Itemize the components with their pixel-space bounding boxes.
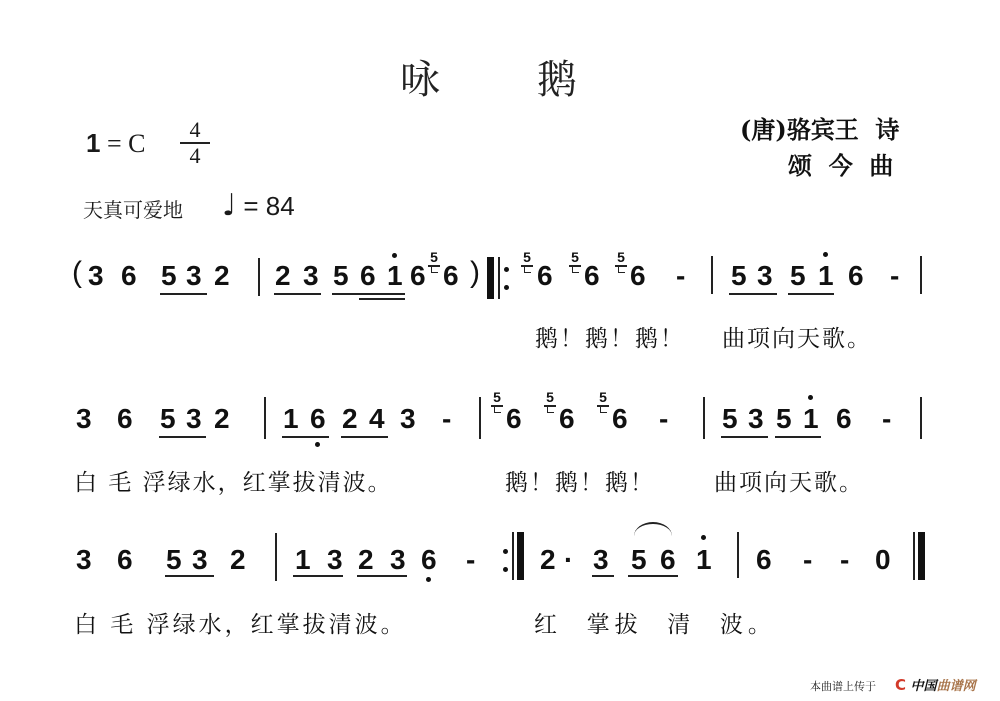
note: 2 bbox=[342, 405, 358, 433]
grace-hook bbox=[494, 406, 501, 413]
grace-note: 5 bbox=[520, 250, 534, 264]
underline bbox=[165, 575, 214, 577]
note: 6 bbox=[836, 405, 852, 433]
tempo-value: = 84 bbox=[243, 191, 294, 221]
barline bbox=[275, 533, 277, 581]
time-signature: 4 4 bbox=[180, 120, 210, 166]
dash: - bbox=[882, 405, 891, 433]
note: 3 bbox=[76, 546, 92, 574]
note: 5 bbox=[631, 546, 647, 574]
grace-hook bbox=[431, 266, 438, 273]
note: 6 bbox=[584, 262, 600, 290]
underline bbox=[357, 575, 407, 577]
note: 5 bbox=[161, 262, 177, 290]
grace-note: 5 bbox=[568, 250, 582, 264]
note: 3 bbox=[76, 405, 92, 433]
note: 6 bbox=[848, 262, 864, 290]
grace-hook bbox=[572, 266, 579, 273]
lyric: 鹅！鹅！鹅！ bbox=[535, 320, 685, 353]
dash: - bbox=[676, 262, 685, 290]
underline bbox=[332, 293, 405, 295]
underline bbox=[775, 436, 821, 438]
note: 5 bbox=[790, 262, 806, 290]
slur bbox=[634, 522, 672, 536]
underline-double bbox=[359, 298, 405, 300]
dash: - bbox=[442, 405, 451, 433]
note: 6 bbox=[410, 262, 426, 290]
logo-mark-icon: C bbox=[895, 676, 906, 694]
title-char-1: 咏 bbox=[400, 48, 440, 105]
barline bbox=[711, 256, 713, 294]
grace-hook bbox=[600, 406, 607, 413]
repeat-start-thick-bar bbox=[487, 257, 494, 299]
underline bbox=[721, 436, 768, 438]
note: 3 bbox=[192, 546, 208, 574]
repeat-end-thin-bar bbox=[512, 532, 514, 580]
note: 5 bbox=[731, 262, 747, 290]
note: 6 bbox=[756, 546, 772, 574]
note: 2 bbox=[230, 546, 246, 574]
lyricist-credit: (唐)骆宾王 诗 bbox=[740, 110, 899, 145]
open-paren: ( bbox=[72, 258, 82, 288]
barline bbox=[258, 258, 260, 296]
high-octave-dot bbox=[392, 253, 397, 258]
time-numerator: 4 bbox=[190, 120, 201, 140]
key-tonic: 1 bbox=[86, 128, 100, 158]
final-thick-bar bbox=[918, 532, 925, 580]
dash: - bbox=[890, 262, 899, 290]
logo-text-black: 中国 bbox=[911, 679, 937, 694]
note: 5 bbox=[722, 405, 738, 433]
repeat-start-thin-bar bbox=[498, 257, 500, 299]
lyric: 白 毛 浮绿水，红掌拔清波。 bbox=[74, 464, 393, 497]
augmentation-dot: · bbox=[564, 546, 573, 574]
logo-text-brown: 曲谱网 bbox=[937, 679, 976, 694]
underline bbox=[274, 293, 321, 295]
note: 6 bbox=[559, 405, 575, 433]
repeat-dot bbox=[504, 285, 509, 290]
note: 3 bbox=[593, 546, 609, 574]
note: 1 bbox=[696, 546, 712, 574]
grace-note: 5 bbox=[596, 390, 610, 404]
note: 6 bbox=[443, 262, 459, 290]
grace-note: 5 bbox=[614, 250, 628, 264]
note: 5 bbox=[166, 546, 182, 574]
note: 6 bbox=[310, 405, 326, 433]
underline bbox=[729, 293, 777, 295]
note: 3 bbox=[186, 262, 202, 290]
note: 1 bbox=[295, 546, 311, 574]
note: 6 bbox=[660, 546, 676, 574]
barline bbox=[737, 532, 739, 578]
grace-note: 5 bbox=[427, 250, 441, 264]
note: 3 bbox=[390, 546, 406, 574]
lyric: 鹅！鹅！鹅！ bbox=[505, 464, 655, 497]
note: 1 bbox=[387, 262, 403, 290]
dash: - bbox=[466, 546, 475, 574]
grace-hook bbox=[524, 266, 531, 273]
note: 3 bbox=[327, 546, 343, 574]
barline bbox=[920, 256, 922, 294]
note: 6 bbox=[421, 546, 437, 574]
grace-note: 5 bbox=[490, 390, 504, 404]
high-octave-dot bbox=[808, 395, 813, 400]
note: 3 bbox=[186, 405, 202, 433]
note: 6 bbox=[537, 262, 553, 290]
composer-credit: 颂 今 曲 bbox=[788, 146, 893, 181]
dash: - bbox=[803, 546, 812, 574]
title-char-2: 鹅 bbox=[537, 48, 577, 105]
repeat-dot bbox=[503, 567, 508, 572]
lyric: 白 毛 浮绿水，红掌拔清波。 bbox=[74, 606, 407, 639]
underline bbox=[293, 575, 343, 577]
underline bbox=[592, 575, 614, 577]
rest: 0 bbox=[875, 546, 891, 574]
barline bbox=[264, 397, 266, 439]
note: 6 bbox=[117, 546, 133, 574]
note: 3 bbox=[303, 262, 319, 290]
grace-hook bbox=[618, 266, 625, 273]
underline bbox=[159, 436, 206, 438]
note: 1 bbox=[283, 405, 299, 433]
note: 2 bbox=[540, 546, 556, 574]
lyric: 曲项向天歌。 bbox=[722, 320, 872, 353]
time-denominator: 4 bbox=[190, 146, 201, 166]
barline bbox=[703, 397, 705, 439]
key-signature: 1 = C bbox=[86, 128, 145, 159]
underline bbox=[282, 436, 329, 438]
note: 1 bbox=[818, 262, 834, 290]
low-octave-dot bbox=[426, 577, 431, 582]
high-octave-dot bbox=[701, 535, 706, 540]
note: 6 bbox=[612, 405, 628, 433]
lyric: 曲项向天歌。 bbox=[714, 464, 864, 497]
note: 3 bbox=[88, 262, 104, 290]
note: 5 bbox=[333, 262, 349, 290]
tempo-mark: ♩ = 84 bbox=[222, 188, 295, 223]
repeat-dot bbox=[503, 549, 508, 554]
note: 3 bbox=[748, 405, 764, 433]
repeat-dot bbox=[504, 267, 509, 272]
underline bbox=[160, 293, 207, 295]
note: 2 bbox=[214, 405, 230, 433]
note: 6 bbox=[360, 262, 376, 290]
dash: - bbox=[659, 405, 668, 433]
note: 2 bbox=[358, 546, 374, 574]
repeat-end-thick-bar bbox=[517, 532, 524, 580]
final-thin-bar bbox=[913, 532, 915, 580]
note: 4 bbox=[369, 405, 385, 433]
low-octave-dot bbox=[315, 442, 320, 447]
expression-mark: 天真可爱地 bbox=[83, 194, 183, 223]
barline bbox=[479, 397, 481, 439]
note: 5 bbox=[776, 405, 792, 433]
key-equals: = bbox=[107, 129, 122, 158]
footer-upload-text: 本曲谱上传于 bbox=[810, 678, 876, 694]
lyric: 红 掌拔 清 波。 bbox=[534, 606, 776, 639]
quarter-note-icon: ♩ bbox=[222, 188, 236, 223]
note: 3 bbox=[757, 262, 773, 290]
note: 1 bbox=[803, 405, 819, 433]
underline bbox=[788, 293, 834, 295]
site-logo[interactable]: C 中国曲谱网 bbox=[895, 675, 976, 694]
note: 5 bbox=[160, 405, 176, 433]
barline bbox=[920, 397, 922, 439]
grace-hook bbox=[547, 406, 554, 413]
note: 6 bbox=[506, 405, 522, 433]
note: 2 bbox=[214, 262, 230, 290]
grace-note: 5 bbox=[543, 390, 557, 404]
high-octave-dot bbox=[823, 252, 828, 257]
note: 3 bbox=[400, 405, 416, 433]
key-name: C bbox=[128, 129, 145, 158]
note: 6 bbox=[121, 262, 137, 290]
close-paren: ) bbox=[470, 258, 480, 288]
note: 6 bbox=[117, 405, 133, 433]
underline bbox=[628, 575, 678, 577]
note: 2 bbox=[275, 262, 291, 290]
dash: - bbox=[840, 546, 849, 574]
underline bbox=[341, 436, 388, 438]
note: 6 bbox=[630, 262, 646, 290]
